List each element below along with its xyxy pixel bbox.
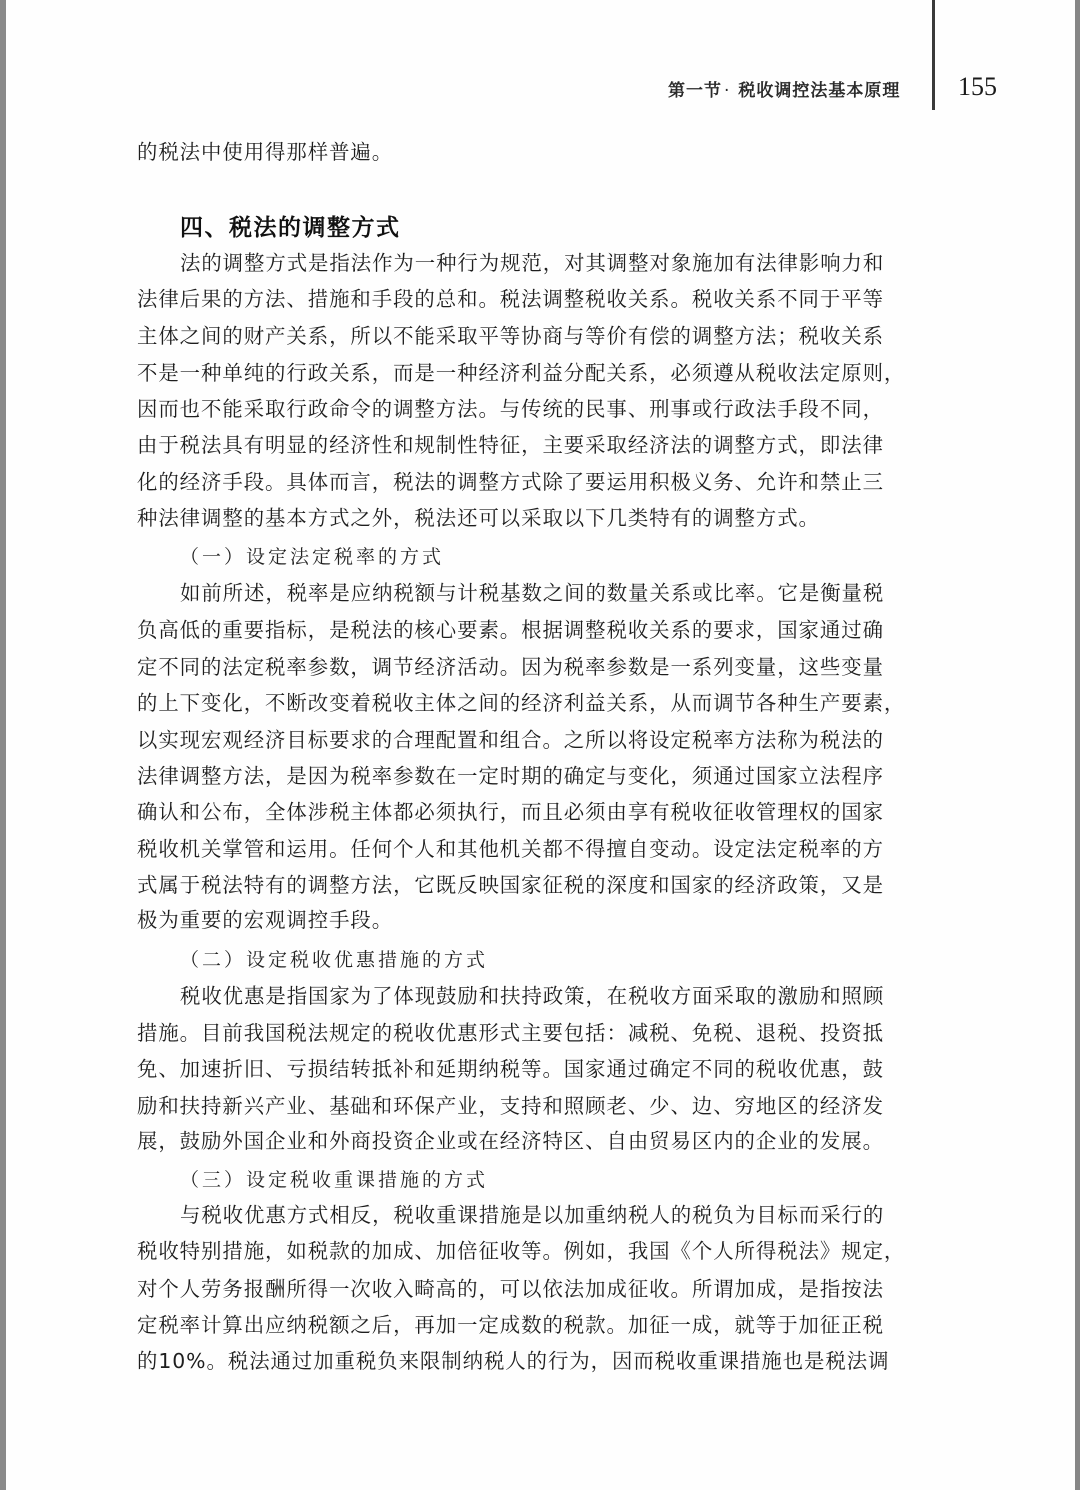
paragraph-line: 与税收优惠方式相反，税收重课措施是以加重纳税人的税负为目标而采行的 xyxy=(180,1201,980,1229)
running-head-title: 第一节·税收调控法基本原理 xyxy=(668,76,918,101)
paragraph-line: 税收机关掌管和运用。任何个人和其他机关都不得擅自变动。设定法定税率的方 xyxy=(137,835,937,863)
header-dot-separator: · xyxy=(724,81,730,101)
subheading-1: （一）设定法定税率的方式 xyxy=(180,542,444,569)
paragraph-line: 免、加速折旧、亏损结转抵补和延期纳税等。国家通过确定不同的税收优惠，鼓 xyxy=(137,1055,937,1083)
paragraph-line: 励和扶持新兴产业、基础和环保产业，支持和照顾老、少、边、穷地区的经济发 xyxy=(137,1092,937,1120)
paragraph-line: 税收优惠是指国家为了体现鼓励和扶持政策，在税收方面采取的激励和照顾 xyxy=(180,982,980,1010)
section-title: 税收调控法基本原理 xyxy=(738,81,900,101)
paragraph-line: 法的调整方式是指法作为一种行为规范，对其调整对象施加有法律影响力和 xyxy=(180,249,980,277)
scan-edge-right xyxy=(1075,0,1080,1490)
paragraph-line: 展，鼓励外国企业和外商投资企业或在经济特区、自由贸易区内的企业的发展。 xyxy=(137,1127,937,1155)
paragraph-line: 定不同的法定税率参数，调节经济活动。因为税率参数是一系列变量，这些变量 xyxy=(137,653,937,681)
paragraph-line: 主体之间的财产关系，所以不能采取平等协商与等价有偿的调整方法；税收关系 xyxy=(137,322,937,350)
continuation-line: 的税法中使用得那样普遍。 xyxy=(137,138,937,166)
paragraph-line: 法律后果的方法、措施和手段的总和。税法调整税收关系。税收关系不同于平等 xyxy=(137,285,937,313)
paragraph-line: 如前所述，税率是应纳税额与计税基数之间的数量关系或比率。它是衡量税 xyxy=(180,579,980,607)
paragraph-line: 定税率计算出应纳税额之后，再加一定成数的税款。加征一成，就等于加征正税 xyxy=(137,1311,937,1339)
subheading-2: （二）设定税收优惠措施的方式 xyxy=(180,945,488,972)
paragraph-line: 种法律调整的基本方式之外，税法还可以采取以下几类特有的调整方式。 xyxy=(137,504,937,532)
paragraph-line: 极为重要的宏观调控手段。 xyxy=(137,906,937,934)
scan-edge-left xyxy=(0,0,6,1490)
paragraph-line: 以实现宏观经济目标要求的合理配置和组合。之所以将设定税率方法称为税法的 xyxy=(137,726,937,754)
page-number: 155 xyxy=(958,72,997,102)
header-vertical-rule xyxy=(932,0,935,110)
paragraph-line: 法律调整方法，是因为税率参数在一定时期的确定与变化，须通过国家立法程序 xyxy=(137,762,937,790)
paragraph-line: 由于税法具有明显的经济性和规制性特征，主要采取经济法的调整方式，即法律 xyxy=(137,431,937,459)
chapter-section-label: 第一节 xyxy=(668,81,722,101)
paragraph-line: 税收特别措施，如税款的加成、加倍征收等。例如，我国《个人所得税法》规定， xyxy=(137,1237,937,1265)
paragraph-line: 的上下变化，不断改变着税收主体之间的经济利益关系，从而调节各种生产要素， xyxy=(137,689,937,717)
paragraph-line: 式属于税法特有的调整方法，它既反映国家征税的深度和国家的经济政策，又是 xyxy=(137,871,937,899)
subheading-3: （三）设定税收重课措施的方式 xyxy=(180,1165,488,1192)
paragraph-line: 因而也不能采取行政命令的调整方法。与传统的民事、刑事或行政法手段不同， xyxy=(137,395,937,423)
paragraph-line: 确认和公布，全体涉税主体都必须执行，而且必须由享有税收征收管理权的国家 xyxy=(137,798,937,826)
paragraph-line: 负高低的重要指标，是税法的核心要素。根据调整税收关系的要求，国家通过确 xyxy=(137,616,937,644)
paragraph-line: 化的经济手段。具体而言，税法的调整方式除了要运用积极义务、允许和禁止三 xyxy=(137,468,937,496)
section-heading: 四、税法的调整方式 xyxy=(180,209,401,242)
paragraph-line: 对个人劳务报酬所得一次收入畸高的，可以依法加成征收。所谓加成，是指按法 xyxy=(137,1275,937,1303)
paragraph-line: 的10%。税法通过加重税负来限制纳税人的行为，因而税收重课措施也是税法调 xyxy=(137,1347,937,1375)
paragraph-line: 不是一种单纯的行政关系，而是一种经济利益分配关系，必须遵从税收法定原则， xyxy=(137,359,937,387)
paragraph-line: 措施。目前我国税法规定的税收优惠形式主要包括：减税、免税、退税、投资抵 xyxy=(137,1019,937,1047)
